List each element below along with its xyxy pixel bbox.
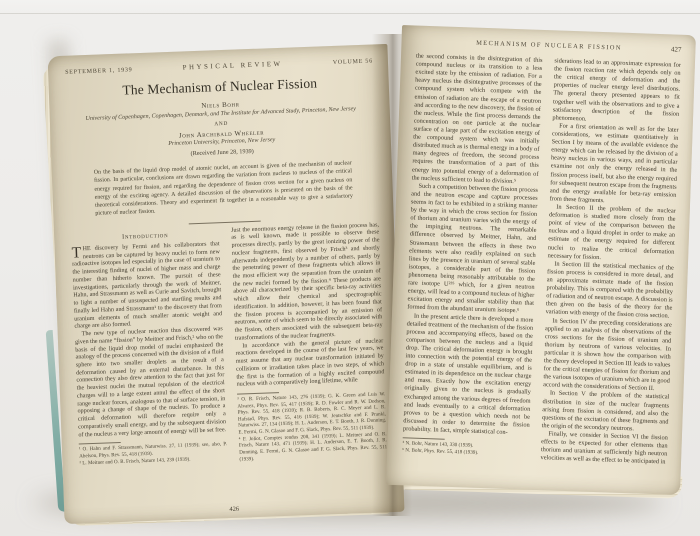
photo-background: SEPTEMBER 1, 1939 PHYSICAL REVIEW VOLUME… xyxy=(0,0,700,536)
right-page-column-1: the second consists in the disintegratio… xyxy=(402,53,543,463)
body-paragraph: siderations lead to an approximate expre… xyxy=(552,57,681,126)
journal-name: PHYSICAL REVIEW xyxy=(183,61,283,72)
left-page: SEPTEMBER 1, 1939 PHYSICAL REVIEW VOLUME… xyxy=(48,44,405,524)
body-paragraph: For a first orientation as well as for t… xyxy=(549,122,678,207)
footnote-4: ⁴ F. Joliot, Comptes rendus 208, 341 (19… xyxy=(239,431,388,463)
running-header: MECHANISM OF NUCLEAR FISSION 427 xyxy=(416,38,681,54)
body-paragraph: In Section IV the preceding consideratio… xyxy=(543,317,672,394)
abstract: On the basis of the liquid drop model of… xyxy=(94,159,354,218)
body-paragraph: In accordance with the general picture o… xyxy=(235,338,385,390)
body-paragraph: In Section III the statistical mechanics… xyxy=(546,260,674,321)
right-page-columns: the second consists in the disintegratio… xyxy=(402,53,681,467)
right-page: MECHANISM OF NUCLEAR FISSION 427 the sec… xyxy=(386,25,696,495)
intro-paragraph-1: THE discovery by Fermi and his collabora… xyxy=(72,241,223,331)
right-page-column-2: siderations lead to an approximate expre… xyxy=(540,57,681,467)
issue-date: SEPTEMBER 1, 1939 xyxy=(65,67,133,75)
left-page-column-1: Introduction THE discovery by Fermi and … xyxy=(71,228,228,469)
left-page-column-2: Just the enormous energy release in the … xyxy=(231,222,388,463)
journal-header: SEPTEMBER 1, 1939 PHYSICAL REVIEW VOLUME… xyxy=(65,57,373,75)
abstract-divider xyxy=(189,220,261,224)
body-paragraph: In the present article there is develope… xyxy=(403,312,534,438)
footnote-rule xyxy=(237,392,279,395)
running-header-title: MECHANISM OF NUCLEAR FISSION xyxy=(476,40,622,52)
body-paragraph: In Section II the problem of the nuclear… xyxy=(548,203,676,264)
footnote-3: ³ O. R. Frisch, Nature 143, 276 (1939); … xyxy=(237,391,386,436)
body-paragraph: In Section V the problem of the statisti… xyxy=(542,390,670,435)
drop-cap: T xyxy=(72,246,83,259)
intro-paragraph-2: The new type of nuclear reaction thus di… xyxy=(75,326,227,440)
body-paragraph: Just the enormous energy release in the … xyxy=(231,222,383,343)
body-paragraph: Such a competition between the fission p… xyxy=(407,182,538,316)
left-page-columns: Introduction THE discovery by Fermi and … xyxy=(71,222,387,469)
body-paragraph: Finally, we consider in Section VI the f… xyxy=(540,430,668,467)
body-paragraph: the second consists in the disintegratio… xyxy=(412,53,543,187)
journal-volume: VOLUME 56 xyxy=(333,58,373,65)
page-number-right: 427 xyxy=(671,45,682,53)
